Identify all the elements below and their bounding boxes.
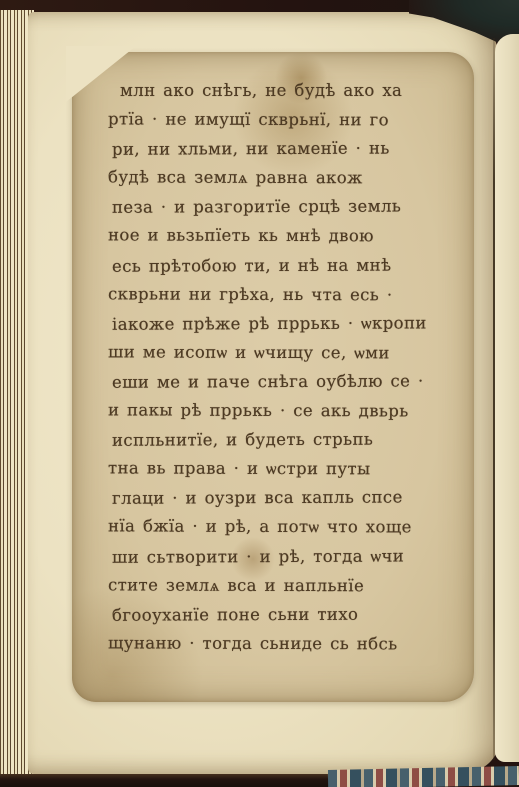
manuscript-text-line: млн ако снѣгь, не будѣ ако ха	[120, 76, 472, 105]
manuscript-text-line: ри, ни хльми, ни каменїе · нь	[112, 133, 464, 164]
book-cover-bottom-edge	[0, 774, 345, 787]
manuscript-text-line: пеза · и разгоритїе срцѣ земль	[112, 192, 464, 223]
manuscript-text-line: испльнитїе, и будеть стрьпь	[112, 424, 464, 455]
manuscript-leaf: млн ако снѣгь, не будѣ ако ха ртїа · не …	[72, 52, 474, 702]
manuscript-text-line: еши ме и паче снѣга оубѣлю се ·	[112, 366, 464, 397]
manuscript-text-line: будѣ вса землѧ равна акож	[108, 163, 460, 193]
manuscript-text-line: стите землѧ вса и напльнїе	[108, 570, 460, 600]
manuscript-text-line: ши сьтворити · и рѣ, тогда ѡчи	[112, 541, 464, 572]
manuscript-text-line: тна вь права · и ѡстри путы	[108, 454, 460, 484]
book-photo: млн ако снѣгь, не будѣ ако ха ртїа · не …	[0, 0, 519, 787]
manuscript-text-line: и пакы рѣ пррькь · се акь двьрь	[108, 395, 460, 425]
gutter-crease	[493, 38, 495, 760]
marbled-endpaper-edge	[328, 766, 519, 787]
manuscript-text-line: ши ме исопѡ и ѡчищу се, ѡми	[108, 337, 460, 367]
facing-page-sliver	[495, 34, 519, 762]
manuscript-text-line: скврьни ни грѣха, нь чта есь ·	[108, 279, 460, 309]
manuscript-text-line: ртїа · не имущї скврьнї, ни го	[108, 104, 460, 134]
handwritten-text-block: млн ако снѣгь, не будѣ ако ха ртїа · не …	[112, 76, 464, 684]
manuscript-text-line: щунаню · тогда сьниде сь нбсь	[108, 628, 460, 658]
manuscript-text-line: ное и вьзьпїеть кь мнѣ двою	[108, 221, 460, 251]
manuscript-text-line: есь прѣтобою ти, и нѣ на мнѣ	[112, 250, 464, 281]
manuscript-text-line: бгооуханїе поне сьни тихо	[112, 599, 464, 630]
manuscript-text-line: глаци · и оузри вса капль спсе	[112, 483, 464, 514]
manuscript-text-line: іакоже прѣже рѣ пррькь · ѡкропи	[112, 308, 464, 339]
manuscript-text-line: нїа бжїа · и рѣ, а потѡ что хоще	[108, 512, 460, 542]
